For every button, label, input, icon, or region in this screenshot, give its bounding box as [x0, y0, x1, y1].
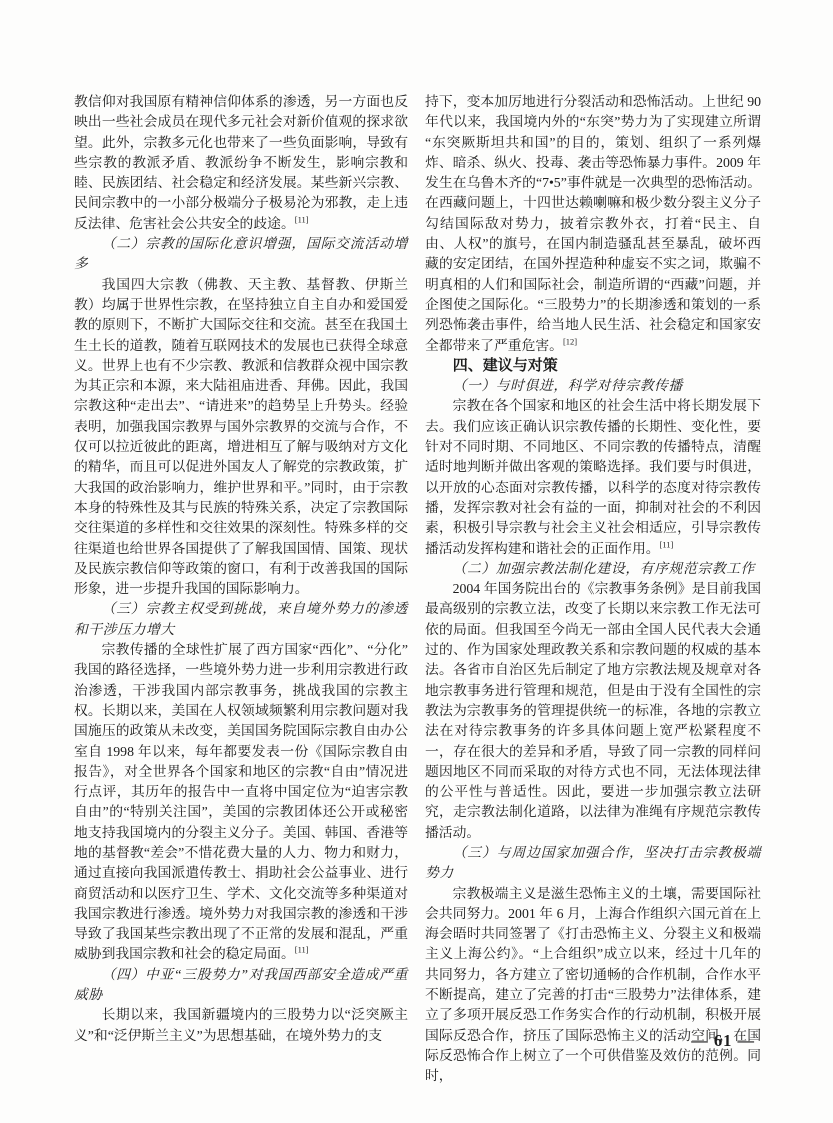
paragraph: 宗教传播的全球性扩展了西方国家“西化”、“分化”我国的路径选择，一些境外势力进一…: [74, 640, 408, 965]
subsection-heading: （一）与时俱进，科学对待宗教传播: [425, 376, 761, 396]
paragraph-text: 宗教在各个国家和地区的社会生活中将长期发展下去。我们应该正确认识宗教传播的长期性…: [425, 398, 761, 555]
paragraph-text: 教信仰对我国原有精神信仰体系的渗透，另一方面也反映出一些社会成员在现代多元社会对…: [74, 94, 408, 231]
footnote-ref: [11]: [295, 214, 309, 224]
footnote-ref: [11]: [295, 945, 309, 955]
footnote-ref: [12]: [563, 336, 577, 346]
subsection-heading: （四）中亚“三股势力”对我国西部安全造成严重威胁: [74, 965, 408, 1006]
paragraph: 持下，变本加厉地进行分裂活动和恐怖活动。上世纪 90 年代以来，我国境内外的“东…: [425, 92, 761, 356]
paragraph: 宗教极端主义是滋生恐怖主义的土壤，需要国际社会共同努力。2001 年 6 月，上…: [425, 884, 761, 1087]
paragraph-text: 长期以来，我国新疆境内的三股势力以“泛突厥主义”和“泛伊斯兰主义”为思想基础，在…: [74, 1007, 408, 1042]
paragraph-text: 宗教传播的全球性扩展了西方国家“西化”、“分化”我国的路径选择，一些境外势力进一…: [74, 642, 408, 961]
right-column: 持下，变本加厉地进行分裂活动和恐怖活动。上世纪 90 年代以来，我国境内外的“东…: [425, 92, 761, 1087]
subsection-heading: （三）与周边国家加强合作，坚决打击宗教极端势力: [425, 843, 761, 884]
paragraph-text: 我国四大宗教（佛教、天主教、基督教、伊斯兰教）均属于世界性宗教，在坚持独立自主自…: [74, 277, 408, 596]
paragraph: 教信仰对我国原有精神信仰体系的渗透，另一方面也反映出一些社会成员在现代多元社会对…: [74, 92, 408, 234]
paragraph: 我国四大宗教（佛教、天主教、基督教、伊斯兰教）均属于世界性宗教，在坚持独立自主自…: [74, 275, 408, 600]
paragraph: 长期以来，我国新疆境内的三股势力以“泛突厥主义”和“泛伊斯兰主义”为思想基础，在…: [74, 1005, 408, 1046]
paragraph: 宗教在各个国家和地区的社会生活中将长期发展下去。我们应该正确认识宗教传播的长期性…: [425, 396, 761, 558]
subsection-heading: （三）宗教主权受到挑战，来自境外势力的渗透和干涉压力增大: [74, 599, 408, 640]
paragraph-text: 宗教极端主义是滋生恐怖主义的土壤，需要国际社会共同努力。2001 年 6 月，上…: [425, 886, 761, 1084]
paragraph-text: 持下，变本加厉地进行分裂活动和恐怖活动。上世纪 90 年代以来，我国境内外的“东…: [425, 94, 761, 353]
document-page: 教信仰对我国原有精神信仰体系的渗透，另一方面也反映出一些社会成员在现代多元社会对…: [0, 0, 833, 1123]
paragraph: 2004 年国务院出台的《宗教事务条例》是目前我国最高级别的宗教立法，改变了长期…: [425, 579, 761, 843]
section-heading: 四、建议与对策: [425, 356, 761, 376]
subsection-heading: （二）宗教的国际化意识增强，国际交流活动增多: [74, 234, 408, 275]
paragraph-text: 2004 年国务院出台的《宗教事务条例》是目前我国最高级别的宗教立法，改变了长期…: [425, 581, 761, 840]
page-number: — 61 —: [425, 1031, 755, 1051]
subsection-heading: （二）加强宗教法制化建设，有序规范宗教工作: [425, 559, 761, 579]
footnote-ref: [11]: [660, 539, 674, 549]
left-column: 教信仰对我国原有精神信仰体系的渗透，另一方面也反映出一些社会成员在现代多元社会对…: [74, 92, 408, 1046]
